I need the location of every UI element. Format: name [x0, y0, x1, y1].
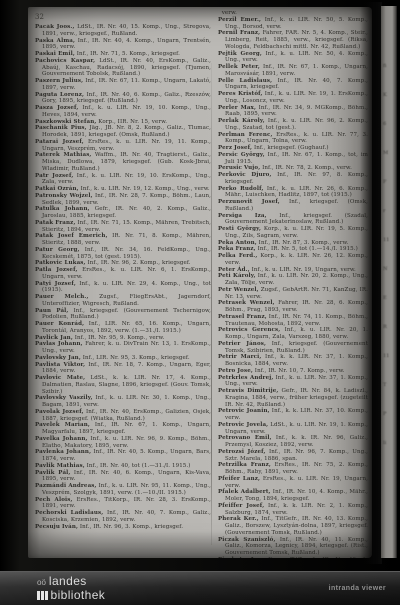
casualty-entry: Pfalek Adalbert, Inf., IR. Nr. 10, 4. Ko… — [218, 489, 368, 503]
entry-surname: Pech Alois, — [35, 497, 73, 503]
casualty-entry: Patarai Jozsef, ErsRes., k. u. LIR. Nr. … — [35, 139, 211, 153]
casualty-entry: Patur Georg, Inf., IR. Nr. 34, 16. FeldK… — [35, 247, 211, 261]
edge-fragment: T — [383, 383, 389, 388]
casualty-entry: Perlak Károly, Inf., k. u. LIR. Nr. 96, … — [218, 118, 368, 132]
casualty-entry: Patla Jozsef, ErsRes., k. u. LIR. Nr. 6,… — [35, 267, 211, 281]
edge-fragment: 11 — [383, 354, 389, 359]
casualty-entry: Pavlenka Johann, Inf., IR. Nr. 40, 5. Ko… — [35, 449, 211, 463]
entry-surname: Pavlista Viktor, — [35, 362, 85, 368]
edge-fragment: R — [383, 325, 389, 330]
casualty-entry: Perzunovit Josef, Inf., kriegsgef. (Omsk… — [218, 199, 368, 213]
casualty-entry: Paszern Julius, Inf., IR. Nr. 67, 11. Ko… — [35, 78, 211, 92]
entry-details: Inf., IR. Nr. 96, 2. Komp., kriegsgef. — [86, 260, 191, 266]
entry-surname: Patak Franz, — [35, 220, 76, 226]
casualty-entry: Petrkrles Andrej, Inf., k. u. LIR. Nr. 3… — [218, 375, 368, 389]
entry-surname: Paschanik Pius, — [35, 125, 87, 131]
edge-fragment: fi — [383, 64, 389, 69]
casualty-entry: Perler Max, Inf., IR. Nr. 34, 9. MGKomp.… — [218, 105, 368, 119]
edge-fragment: K — [383, 93, 389, 98]
entry-surname: Pesti György, — [218, 226, 261, 232]
entry-surname: Pauer Konrád, — [35, 321, 84, 327]
entry-surname: Perlman Ferenc, — [218, 132, 273, 138]
entry-surname: Petrovano Emil, — [218, 435, 272, 441]
casualty-entry: Petrasek Wenzel, Fahrer, IR. Nr. 28, 6. … — [218, 300, 368, 314]
casualty-entry: Pellek Peter, Inf., IR. Nr. 67, 1. Komp.… — [218, 64, 368, 78]
casualty-entry: Perlman Ferenc, ErsRes., k. u. LIR. Nr. … — [218, 132, 368, 146]
entry-surname: Petravis Dimitrije, — [218, 388, 279, 394]
entry-surname: Paun Pál, — [35, 308, 68, 314]
page-number: 32 — [35, 13, 44, 21]
casualty-entry: Petravis Dimitrije, Gefr., IR. Nr. 84, k… — [218, 388, 368, 408]
entry-surname: Pavlik Pál, — [35, 470, 70, 476]
casualty-entry: Pfeifer Lanz, ErsRes., k. u. LIR. Nr. 19… — [218, 476, 368, 490]
casualty-entry: Pavolak Jozsef, Inf., IR. Nr. 40, ErsKom… — [35, 409, 211, 423]
casualty-entry: Pherak Ker., Inf., TitGefr., IR. Nr. 40,… — [218, 516, 368, 536]
casualty-entry: Perko Rudolf, Inf., k. u. LIR. Nr. 26, 6… — [218, 186, 368, 200]
entry-surname: Petr Wenzel, — [218, 287, 259, 293]
entry-details: Inf., LIR. Nr. 95, 3. Komp., kriegsgef. — [81, 355, 190, 361]
entry-surname: Patkovic Lukas, — [35, 260, 86, 266]
entry-surname: Patronsky Wojzel, — [35, 193, 93, 199]
edge-fragment: F — [383, 180, 389, 185]
casualty-entry: Petrier János, Inf., kriegsgef. (Gouvern… — [218, 341, 368, 355]
entry-details: Inf., IR. Nr. 96, 3. Komp., kriegsgef. — [78, 524, 183, 530]
scan-image-area[interactable]: 32 Pacák Joos., LdSt., IR. Nr. 40, 15. K… — [0, 0, 400, 572]
casualty-entry: Paska Alma, Inf., IR. Nr. 40, 4. Komp., … — [35, 38, 211, 52]
casualty-entry: verw. — [218, 10, 368, 17]
casualty-entry: Pernil Franz, Fahrer, FAR. Nr. 5, 4. Kom… — [218, 30, 368, 50]
entry-surname: Pavlick Jan, — [35, 335, 73, 341]
casualty-entry: Pelle Ladislaus, Inf., IR. Nr. 40, 7. Ko… — [218, 78, 368, 92]
entry-details: verw. — [218, 10, 237, 16]
entry-surname: Pfeiffer Josef, — [218, 503, 264, 509]
entry-surname: Pavlovsky Jan, — [35, 355, 81, 361]
entry-surname: Perził Emer., — [218, 17, 261, 23]
casualty-entry: Petro Jose, Inf., IR. Nr. 10, 7. Komp., … — [218, 368, 368, 375]
entry-surname: Pavlas Johann, — [35, 341, 83, 347]
casualty-entry: Paschanik Pius, Jäg., JB. Nr. 8, 2. Komp… — [35, 125, 211, 139]
entry-surname: Pacák Joos., — [35, 24, 75, 30]
casualty-entry: Patak Josef Emerich, IR. Nr. 71, 8. Komp… — [35, 233, 211, 247]
entry-surname: Perler Max, — [218, 105, 256, 111]
entry-surname: Petrier János, — [218, 341, 266, 347]
casualty-entry: Perz Josef, Inf., kriegsgef. (Gughauf.) — [218, 145, 368, 152]
logo-bars-icon — [37, 591, 48, 600]
casualty-entry: Pelka Ferd., Korp., k. k. LIR. Nr. 26, 1… — [218, 253, 368, 267]
entry-surname: Pavelka Johann, — [35, 436, 88, 442]
viewer-stage: 32 Pacák Joos., LdSt., IR. Nr. 40, 15. K… — [0, 0, 400, 605]
scan-text-column-right: verw.Perził Emer., Inf., k. u. LIR. Nr. … — [218, 10, 368, 558]
entry-surname: Petrovics Gerencs, — [218, 327, 280, 333]
entry-surname: Pazmándi Andreas, — [35, 483, 97, 489]
casualty-entry: Pavlik Mathias, Inf., IR. Nr. 40, tot (1… — [35, 463, 211, 470]
entry-surname: Petrir Marci, — [218, 354, 261, 360]
edge-fragment: N — [383, 267, 389, 272]
edge-fragment: P — [383, 412, 389, 417]
casualty-entry: Pavlovic Mate, LdSt., k. k. LIR. Nr. 17,… — [35, 375, 211, 395]
casualty-entry: Piczak Szaniszló, Inf., IR. Nr. 40, 11. … — [218, 537, 368, 557]
entry-surname: Peres Kristóf, — [218, 91, 263, 97]
entry-details: Inf., IR. Nr. 40, tot (1.—31./I. 1915.) — [85, 463, 191, 469]
entry-surname: Paszkowski Stefan, — [35, 119, 96, 125]
casualty-entry: Paguta Lorenz, Inf., IR. Nr. 40, 6. Komp… — [35, 92, 211, 106]
casualty-entry: Pavelek Marian, Inf., IR. Nr. 67, 1. Kom… — [35, 422, 211, 436]
entry-surname: Pauer Melch., — [35, 294, 89, 300]
entry-surname: Pavolak Jozsef, — [35, 409, 84, 415]
casualty-entry: Pechorski Ladislaus, Inf., IR. Nr. 40, 7… — [35, 510, 211, 524]
entry-surname: Piechota Jan, — [218, 557, 264, 558]
logo-line2: bibliothek — [51, 589, 106, 601]
casualty-entry: Paszkowski Stefan, Korp., IIR. Nr. 15, v… — [35, 119, 211, 126]
entry-surname: Pelka Ferd., — [218, 253, 257, 259]
library-logo[interactable]: oö landes bibliothek — [37, 575, 105, 601]
entry-surname: Petrovic Jovela, — [218, 422, 268, 428]
casualty-entry: Pauer Konrád, Inf., LIR. Nr. 65, 16. Kom… — [35, 321, 211, 335]
casualty-entry: Peti Károly, Inf., k. u. LIR. Nr. 20, 2.… — [218, 273, 368, 287]
entry-surname: Pelle Ladislaus, — [218, 78, 272, 84]
casualty-entry: Pavlovsky Jan, Inf., LIR. Nr. 95, 3. Kom… — [35, 355, 211, 362]
entry-surname: Patak Josef Emerich, — [35, 233, 108, 239]
casualty-entry: Pauer Melch., Zugsf., FliegErsAbt., Jage… — [35, 294, 211, 308]
next-page-text-fragments: fiK6MFr11NER11TPli — [383, 64, 389, 446]
entry-surname: Peter Ád., — [218, 267, 250, 273]
book-gutter-shadow — [360, 2, 382, 564]
edge-fragment: M — [383, 151, 389, 156]
entry-surname: Petrovic Joanin, — [218, 408, 270, 414]
casualty-entry: Paskai Emil, Inf., IR. Nr. 71, 5. Komp.,… — [35, 51, 211, 58]
entry-surname: Perz Josef, — [218, 145, 252, 151]
entry-surname: Petro Jose, — [218, 368, 253, 374]
casualty-entry: Petrovano Emil, Inf., k. k. IR. Nr. 96, … — [218, 435, 368, 449]
next-page-edge: fiK6MFr11NER11TPli — [381, 6, 397, 558]
entry-surname: Pavlovsky Vaszily, — [35, 395, 93, 401]
casualty-entry: Piechota Jan, Korp., TitZugsf., IR. Nr. … — [218, 557, 368, 558]
entry-surname: Peti Károly, — [218, 273, 256, 279]
edge-fragment: 11 — [383, 238, 389, 243]
casualty-entry: Pachovics Kaspar, LdSt., IR. Nr. 40, Ers… — [35, 58, 211, 78]
entry-surname: Pellek Peter, — [218, 64, 260, 70]
entry-surname: Paterek Mathias, — [35, 152, 92, 158]
entry-surname: Persic György, — [218, 152, 265, 158]
entry-surname: Perzunovit Josef, — [218, 199, 280, 205]
casualty-entry: Paun Pál, Inf., kriegsgef. (Gouvernement… — [35, 308, 211, 322]
entry-surname: Pfeifer Lanz, — [218, 476, 260, 482]
entry-details: Inf., k. u. LIR. Nr. 19, 12. Komp., Ung.… — [79, 186, 210, 192]
logo-row-1: oö landes — [37, 575, 105, 589]
entry-surname: Piczak Szaniszló, — [218, 537, 276, 543]
entry-surname: Pherak Ker., — [218, 516, 259, 522]
entry-surname: Pachovics Kaspar, — [35, 58, 95, 64]
entry-surname: Patulka Johann, — [35, 206, 90, 212]
casualty-entry: Patulka Johann, Gefr., IR. Nr. 40, 2. Ko… — [35, 206, 211, 220]
casualty-entry: Pacák Joos., LdSt., IR. Nr. 40, 15. Komp… — [35, 24, 211, 38]
edge-fragment: r — [383, 209, 389, 214]
entry-details: Inf., IR. Nr. 10, 7. Komp., verw. — [253, 368, 345, 374]
edge-fragment: E — [383, 296, 389, 301]
entry-surname: Pavlovic Mate, — [35, 375, 85, 381]
casualty-entry: Pavlista Viktor, Inf., IR. Nr. 18, 7. Ko… — [35, 362, 211, 376]
entry-details: Inf., IR. Nr. 87, 3. Komp., verw. — [257, 240, 349, 246]
casualty-entry: Peres Kristóf, Inf., k. u. LIR. Nr. 19, … — [218, 91, 368, 105]
entry-surname: Petrozsi Józef, — [218, 449, 266, 455]
entry-details: Inf., IR. Nr. 95, 9. Komp., verw. — [73, 335, 165, 341]
casualty-entry: Petrovics Gerencs, Inf., k. u. LIR. Nr. … — [218, 327, 368, 341]
entry-surname: Peka Anton, — [218, 240, 257, 246]
entry-surname: Patarai Jozsef, — [35, 139, 84, 145]
entry-details: Inf., kriegsgef. (Gouvernement Tschernig… — [42, 308, 211, 321]
entry-surname: Pernil Franz, — [218, 30, 260, 36]
casualty-entry: Pesti György, Korp., k. u. LIR. Nr. 19, … — [218, 226, 368, 240]
casualty-entry: Pavlas Johann, Fahrer, k. u. DivTrain Nr… — [35, 341, 211, 355]
casualty-entry: Pasza Jozsef, Inf., k. u. LIR. Nr. 19, 1… — [35, 105, 211, 119]
casualty-entry: Petrzilka Franz, ErsRes., IR. Nr. 75, 2.… — [218, 462, 368, 476]
entry-surname: Pejtik Georg, — [218, 51, 262, 57]
casualty-entry: Petrasel Franz, Inf., IR. Nr. 74, 11. Ko… — [218, 314, 368, 328]
casualty-entry: Petr Wenzel, Zugsf., GebArtR. Nr. 71, Ka… — [218, 287, 368, 301]
entry-details: Korp., IIR. Nr. 15, verw. — [96, 119, 167, 125]
entry-surname: Patr Jozsef, — [35, 173, 73, 179]
entry-surname: Perkovic Djuro, — [218, 172, 272, 178]
entry-surname: Pecsuju Iván, — [35, 524, 78, 530]
entry-surname: Pavelek Marian, — [35, 422, 90, 428]
entry-surname: Perko Rudolf, — [218, 186, 264, 192]
entry-surname: Pasza Jozsef, — [35, 105, 78, 111]
casualty-entry: Petrozsi Józef, Inf., IR. Nr. 96, 7. Kom… — [218, 449, 368, 463]
entry-surname: Persiga Iza, — [218, 213, 267, 219]
casualty-entry: Pejtik Georg, Inf., k. u. LIR. Nr. 50, 4… — [218, 51, 368, 65]
entry-surname: Pfalek Adalbert, — [218, 489, 271, 495]
column-divider-crease — [211, 63, 212, 545]
casualty-entry: Patronsky Wojzel, Inf., IR. Nr. 28, 7. K… — [35, 193, 211, 207]
casualty-entry: Patkai Ozrán, Inf., k. u. LIR. Nr. 19, 1… — [35, 186, 211, 193]
viewer-brand-label[interactable]: intranda viewer — [329, 585, 386, 592]
logo-prefix: oö — [37, 577, 46, 589]
casualty-entry: Pavelka Johann, Inf., k. u. LIR. Nr. 96,… — [35, 436, 211, 450]
casualty-entry: Pazmándi Andreas, Inf., k. u. LIR. Nr. 9… — [35, 483, 211, 497]
casualty-entry: Persiga Iza, Inf., kriegsgef. (Szadal, G… — [218, 213, 368, 227]
entry-surname: Patur Georg, — [35, 247, 80, 253]
casualty-entry: Patyi Jozsef, Inf., k. u. LIR. Nr. 29, 4… — [35, 281, 211, 295]
edge-fragment: 6 — [383, 122, 389, 127]
casualty-entry: Perusic Vujo, Inf., IR. Nr. 78, 2. Komp.… — [218, 165, 368, 172]
casualty-entry: Peka Franz, Inf., IR. Nr. 5, tot (1.—14.… — [218, 246, 368, 253]
entry-surname: Perlak Károly, — [218, 118, 265, 124]
edge-fragment: li — [383, 441, 389, 446]
casualty-entry: Pech Alois, ErsRes., TitKorp., IR. Nr. 2… — [35, 497, 211, 511]
entry-surname: Patkai Ozrán, — [35, 186, 79, 192]
entry-surname: Petrkrles Andrej, — [218, 375, 273, 381]
entry-surname: Patla Jozsef, — [35, 267, 78, 273]
casualty-entry: Patkovic Lukas, Inf., IR. Nr. 96, 2. Kom… — [35, 260, 211, 267]
scanned-book-page[interactable]: 32 Pacák Joos., LdSt., IR. Nr. 40, 15. K… — [28, 7, 372, 558]
casualty-entry: Petrir Marci, Inf., k. k. LIR. Nr. 37, 1… — [218, 354, 368, 368]
scan-text-column-left: Pacák Joos., LdSt., IR. Nr. 40, 15. Komp… — [35, 24, 211, 534]
casualty-entry: Paterek Mathias, Waffm., IR. Nr. 40, Tra… — [35, 152, 211, 172]
casualty-entry: Petrovic Jovela, LdSt., k. u. LIR. Nr. 1… — [218, 422, 368, 436]
entry-details: Inf., IR. Nr. 71, 5. Komp., kriegsgef. — [75, 51, 180, 57]
entry-surname: Paskai Emil, — [35, 51, 75, 57]
entry-surname: Paska Alma, — [35, 38, 75, 44]
entry-surname: Paguta Lorenz, — [35, 92, 84, 98]
entry-details: Inf., IR. Nr. 5, tot (1.—14./I. 1915.) — [256, 246, 358, 252]
entry-surname: Petrasek Wenzel, — [218, 300, 275, 306]
viewer-footer-bar: oö landes bibliothek intranda viewer — [0, 571, 400, 605]
entry-surname: Petrzilka Franz, — [218, 462, 271, 468]
casualty-entry: Patak Franz, Inf., IR. Nr. 71, 15. Komp.… — [35, 220, 211, 234]
entry-surname: Paszern Julius, — [35, 78, 83, 84]
casualty-entry: Perził Emer., Inf., k. u. LIR. Nr. 50, 5… — [218, 17, 368, 31]
casualty-entry: Pecsuju Iván, Inf., IR. Nr. 96, 3. Komp.… — [35, 524, 211, 531]
entry-surname: Pechorski Ladislaus, — [35, 510, 103, 516]
entry-surname: Pavlenka Johann, — [35, 449, 91, 455]
casualty-entry: Pavlick Jan, Inf., IR. Nr. 95, 9. Komp.,… — [35, 335, 211, 342]
entry-surname: Petrasel Franz, — [218, 314, 267, 320]
entry-details: Inf., k. u. LIR. Nr. 19, Ungarn, verw. — [250, 267, 356, 273]
logo-line1: landes — [49, 575, 87, 587]
logo-row-2: bibliothek — [37, 589, 105, 601]
casualty-entry: Pfeiffer Josef, Inf., k. k. LIR. Nr. 2, … — [218, 503, 368, 517]
entry-details: Inf., IR. Nr. 78, 2. Komp., verw. — [260, 165, 352, 171]
entry-surname: Peka Franz, — [218, 246, 256, 252]
casualty-entry: Patr Jozsef, Inf., k. u. LIR. Nr. 19, 10… — [35, 173, 211, 187]
casualty-entry: Perkovic Djuro, Inf., IR. Nr. 97, 8. Kom… — [218, 172, 368, 186]
casualty-entry: Pavlovsky Vaszily, Inf., k. u. LIR. Nr. … — [35, 395, 211, 409]
casualty-entry: Petrovic Joanin, Inf., k. k. LIR. Nr. 37… — [218, 408, 368, 422]
entry-surname: Perusic Vujo, — [218, 165, 260, 171]
casualty-entry: Persic György, Inf., IR. Nr. 67, 1. Komp… — [218, 152, 368, 166]
entry-surname: Patyi Jozsef, — [35, 281, 76, 287]
entry-details: Inf., kriegsgef. (Gughauf.) — [252, 145, 328, 151]
entry-surname: Pavlik Mathias, — [35, 463, 85, 469]
casualty-entry: Pavlik Pál, Inf., IR. Nr. 40, 6. Komp., … — [35, 470, 211, 484]
